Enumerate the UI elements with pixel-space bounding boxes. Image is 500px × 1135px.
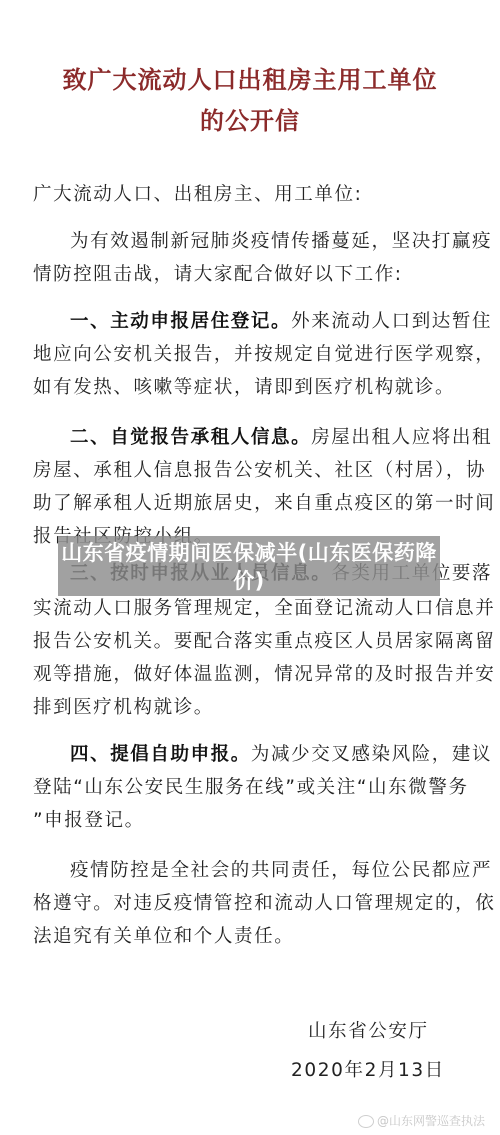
closing-line-1: 疫情防控是全社会的共同责任，每位公民都应严 bbox=[70, 859, 500, 883]
watermark: @山东网警巡查执法 bbox=[358, 1112, 485, 1129]
section-2-line: 助了解承租人近期旅居史，来自重点疫区的第一时间 bbox=[33, 492, 473, 516]
section-1-first-rest: 外来流动人口到达暂住 bbox=[291, 311, 492, 332]
section-3-line: 观等措施，做好体温监测，情况异常的及时报告并安 bbox=[33, 663, 473, 687]
watermark-text: @山东网警巡查执法 bbox=[377, 1114, 485, 1128]
section-2-first-rest: 房屋出租人应将出租 bbox=[311, 427, 492, 448]
section-1-line: 地应向公安机关报告，并按规定自觉进行医学观察， bbox=[33, 343, 473, 367]
section-4-line: 登陆“山东公安民生服务在线”或关注“山东微警务 bbox=[33, 776, 473, 800]
document-title-line2: 的公开信 bbox=[0, 101, 500, 141]
document-title-line1: 致广大流动人口出租房主用工单位 bbox=[0, 60, 500, 100]
closing-line-3: 法追究有关单位和个人责任。 bbox=[33, 925, 473, 949]
caption-overlay-text: 山东省疫情期间医保减半(山东医保药降价) bbox=[58, 536, 440, 595]
section-3-line: 排到医疗机构就诊。 bbox=[33, 696, 473, 720]
intro-line-2: 情防控阻击战，请大家配合做好以下工作: bbox=[33, 263, 473, 287]
section-1-heading: 一、主动申报居住登记。 bbox=[70, 311, 291, 332]
section-2-first-line: 二、自觉报告承租人信息。房屋出租人应将出租 bbox=[70, 426, 500, 450]
section-2-heading: 二、自觉报告承租人信息。 bbox=[70, 427, 311, 448]
section-2-line: 房屋、承租人信息报告公安机关、社区（村居），协 bbox=[33, 459, 473, 483]
section-4-first-rest: 为减少交叉感染风险，建议 bbox=[251, 744, 492, 765]
section-3-line: 实流动人口服务管理规定，全面登记流动人口信息并 bbox=[33, 597, 473, 621]
signature-org: 山东省公安厅 bbox=[308, 1017, 429, 1043]
section-1-line: 如有发热、咳嗽等症状，请即到医疗机构就诊。 bbox=[33, 376, 473, 400]
section-4-line: ”申报登记。 bbox=[33, 809, 473, 833]
signature-date: 2020年2月13日 bbox=[291, 1056, 445, 1082]
weibo-icon bbox=[358, 1115, 374, 1128]
section-3-line: 报告公安机关。要配合落实重点疫区人员居家隔离留 bbox=[33, 630, 473, 654]
closing-line-2: 格遵守。对违反疫情管控和流动人口管理规定的，依 bbox=[33, 892, 473, 916]
section-4-first-line: 四、提倡自助申报。为减少交叉感染风险，建议 bbox=[70, 743, 500, 767]
section-4-heading: 四、提倡自助申报。 bbox=[70, 744, 251, 765]
section-1-first-line: 一、主动申报居住登记。外来流动人口到达暂住 bbox=[70, 310, 500, 334]
intro-line-1: 为有效遏制新冠肺炎疫情传播蔓延，坚决打赢疫 bbox=[70, 230, 500, 254]
salutation: 广大流动人口、出租房主、用工单位: bbox=[33, 183, 473, 207]
